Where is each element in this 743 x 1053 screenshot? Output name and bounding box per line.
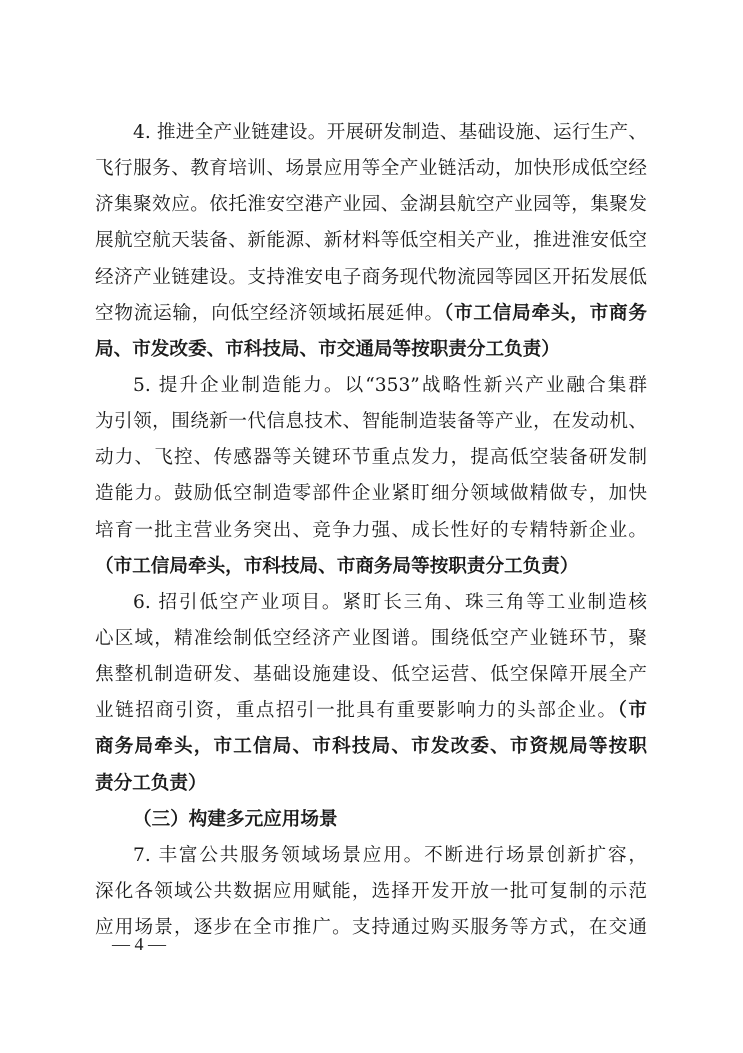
- paragraph-item-5: 5. 提升企业制造能力。以“353”战略性新兴产业融合集群为引领，围绕新一代信息…: [95, 368, 647, 585]
- line-text: 业链招商引资，重点招引一批具有重要影响力的头部企业。: [95, 700, 618, 721]
- text-line: 展航空航天装备、新能源、新材料等低空相关产业，推进淮安低空: [95, 223, 647, 259]
- responsible-dept-text: 责分工负责）: [95, 773, 207, 794]
- document-body: 4. 推进全产业链建设。开展研发制造、基础设施、运行生产、飞行服务、教育培训、场…: [95, 115, 647, 946]
- line-text: 空物流运输，向低空经济领域拓展延伸。: [95, 303, 444, 324]
- line-text: 深化各领域公共数据应用赋能，选择开发开放一批可复制的示范: [95, 881, 647, 902]
- text-line: 心区域，精准绘制低空经济产业图谱。围绕低空产业链环节，聚: [95, 621, 647, 657]
- text-line: 经济产业链建设。支持淮安电子商务现代物流园等园区开拓发展低: [95, 260, 647, 296]
- responsible-dept-text: （市: [618, 700, 647, 721]
- line-text: 培育一批主营业务突出、竞争力强、成长性好的专精特新企业。: [95, 520, 647, 541]
- responsible-dept-text: 局、市发改委、市科技局、市交通局等按职责分工负责）: [95, 339, 560, 360]
- text-line: 济集聚效应。依托淮安空港产业园、金湖县航空产业园等，集聚发: [95, 187, 647, 223]
- text-line: （市工信局牵头，市科技局、市商务局等按职责分工负责）: [95, 549, 647, 585]
- text-line: 造能力。鼓励低空制造零部件企业紧盯细分领域做精做专，加快: [95, 476, 647, 512]
- line-text: 心区域，精准绘制低空经济产业图谱。围绕低空产业链环节，聚: [95, 628, 647, 649]
- paragraph-item-7: 7. 丰富公共服务领域场景应用。不断进行场景创新扩容，深化各领域公共数据应用赋能…: [95, 838, 647, 946]
- text-line: 4. 推进全产业链建设。开展研发制造、基础设施、运行生产、: [95, 115, 647, 151]
- line-text: 7. 丰富公共服务领域场景应用。不断进行场景创新扩容，: [133, 845, 647, 866]
- line-text: 应用场景，逐步在全市推广。支持通过购买服务等方式，在交通: [95, 917, 647, 938]
- text-line: 焦整机制造研发、基础设施建设、低空运营、低空保障开展全产: [95, 657, 647, 693]
- text-line: 飞行服务、教育培训、场景应用等全产业链活动，加快形成低空经: [95, 151, 647, 187]
- line-text: 济集聚效应。依托淮安空港产业园、金湖县航空产业园等，集聚发: [95, 194, 647, 215]
- line-text: 展航空航天装备、新能源、新材料等低空相关产业，推进淮安低空: [95, 230, 647, 251]
- text-line: 深化各领域公共数据应用赋能，选择开发开放一批可复制的示范: [95, 874, 647, 910]
- text-line: 培育一批主营业务突出、竞争力强、成长性好的专精特新企业。: [95, 513, 647, 549]
- text-line: 应用场景，逐步在全市推广。支持通过购买服务等方式，在交通: [95, 910, 647, 946]
- paragraph-item-6: 6. 招引低空产业项目。紧盯长三角、珠三角等工业制造核心区域，精准绘制低空经济产…: [95, 585, 647, 802]
- text-line: 局、市发改委、市科技局、市交通局等按职责分工负责）: [95, 332, 647, 368]
- line-text: 4. 推进全产业链建设。开展研发制造、基础设施、运行生产、: [133, 122, 647, 143]
- section-heading: （三）构建多元应用场景: [133, 809, 338, 830]
- page-number: — 4 —: [112, 934, 166, 955]
- text-line: 商务局牵头，市工信局、市科技局、市发改委、市资规局等按职: [95, 729, 647, 765]
- text-line: 7. 丰富公共服务领域场景应用。不断进行场景创新扩容，: [95, 838, 647, 874]
- paragraph-item-4: 4. 推进全产业链建设。开展研发制造、基础设施、运行生产、飞行服务、教育培训、场…: [95, 115, 647, 368]
- responsible-dept-text: 商务局牵头，市工信局、市科技局、市发改委、市资规局等按职: [95, 736, 647, 757]
- line-text: 飞行服务、教育培训、场景应用等全产业链活动，加快形成低空经: [95, 158, 647, 179]
- line-text: 动力、飞控、传感器等关键环节重点发力，提高低空装备研发制: [95, 447, 647, 468]
- text-line: 动力、飞控、传感器等关键环节重点发力，提高低空装备研发制: [95, 440, 647, 476]
- line-text: 5. 提升企业制造能力。以“353”战略性新兴产业融合集群: [133, 375, 647, 396]
- text-line: 业链招商引资，重点招引一批具有重要影响力的头部企业。（市: [95, 693, 647, 729]
- text-line: 为引领，围绕新一代信息技术、智能制造装备等产业，在发动机、: [95, 404, 647, 440]
- paragraph-section-3-heading: （三）构建多元应用场景: [95, 802, 647, 838]
- line-text: 为引领，围绕新一代信息技术、智能制造装备等产业，在发动机、: [95, 411, 647, 432]
- text-line: 6. 招引低空产业项目。紧盯长三角、珠三角等工业制造核: [95, 585, 647, 621]
- responsible-dept-text: （市工信局牵头，市科技局、市商务局等按职责分工负责）: [95, 556, 578, 577]
- text-line: 责分工负责）: [95, 766, 647, 802]
- responsible-dept-text: （市工信局牵头，市商务: [444, 303, 647, 324]
- line-text: 经济产业链建设。支持淮安电子商务现代物流园等园区开拓发展低: [95, 267, 647, 288]
- line-text: 焦整机制造研发、基础设施建设、低空运营、低空保障开展全产: [95, 664, 647, 685]
- line-text: 造能力。鼓励低空制造零部件企业紧盯细分领域做精做专，加快: [95, 483, 647, 504]
- text-line: 5. 提升企业制造能力。以“353”战略性新兴产业融合集群: [95, 368, 647, 404]
- text-line: 空物流运输，向低空经济领域拓展延伸。（市工信局牵头，市商务: [95, 296, 647, 332]
- line-text: 6. 招引低空产业项目。紧盯长三角、珠三角等工业制造核: [133, 592, 647, 613]
- text-line: （三）构建多元应用场景: [95, 802, 647, 838]
